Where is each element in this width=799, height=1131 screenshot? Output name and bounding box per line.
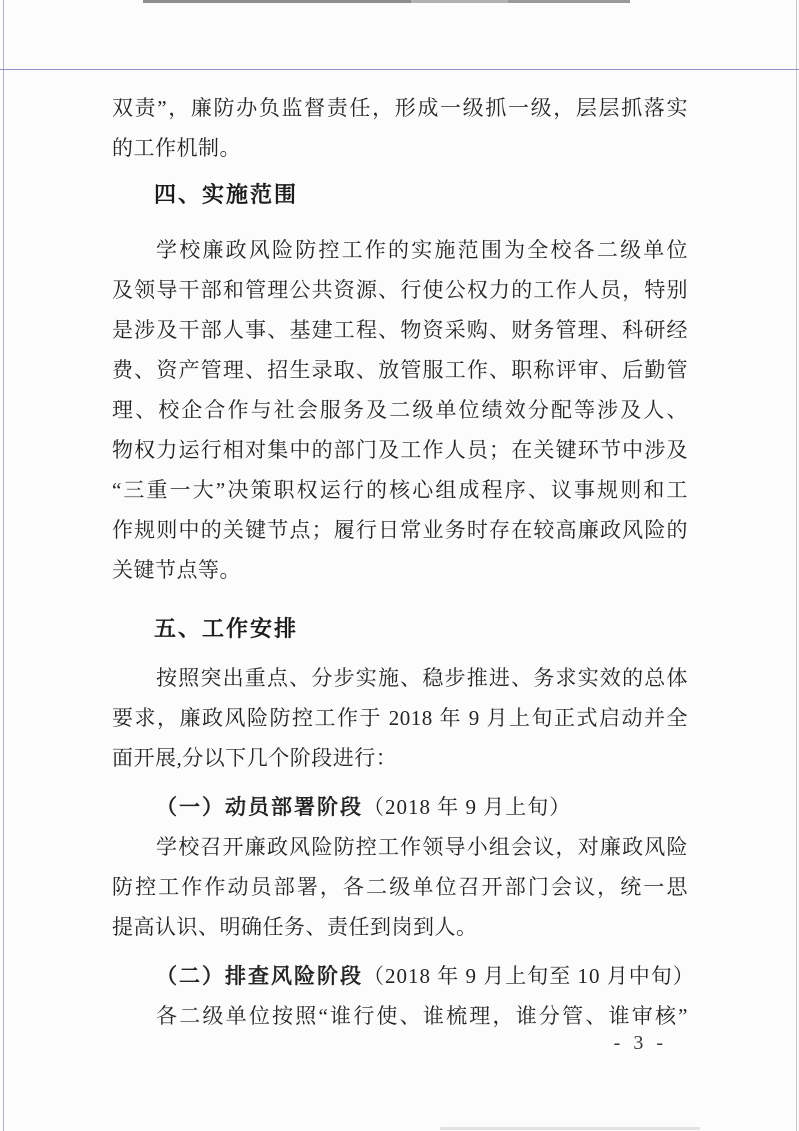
text-line: 作规则中的关键节点；履行日常业务时存在较高廉政风险的: [112, 510, 688, 550]
text-line: 理、校企合作与社会服务及二级单位绩效分配等涉及人、财、: [112, 390, 688, 430]
scan-edge-line-left: [3, 0, 4, 1131]
subsection-heading-title: （一）动员部署阶段: [156, 795, 363, 819]
section-heading: 五、工作安排: [112, 608, 688, 650]
subsection-heading-date: （2018 年 9 月上旬至 10 月中旬）: [363, 964, 695, 988]
text-line: 及领导干部和管理公共资源、行使公权力的工作人员，特别: [112, 270, 688, 310]
text-line: 提高认识、明确任务、责任到岗到人。: [112, 907, 688, 947]
scan-edge-line-right: [796, 0, 797, 1131]
scan-edge-artifact-bottom: [440, 1127, 700, 1130]
section-heading: 四、实施范围: [112, 174, 688, 216]
text-line: 关键节点等。: [112, 550, 688, 590]
subsection-heading-title: （二）排查风险阶段: [156, 964, 363, 988]
text-column: 双责”，廉防办负监督责任，形成一级抓一级，层层抓落实的工作机制。四、实施范围学校…: [112, 88, 688, 1036]
text-line: 各二级单位按照“谁行使、谁梳理，谁分管、谁审核”: [112, 996, 688, 1036]
text-line: 学校廉政风险防控工作的实施范围为全校各二级单位: [112, 230, 688, 270]
text-line: 面开展,分以下几个阶段进行：: [112, 738, 688, 778]
subsection-heading: （一）动员部署阶段（2018 年 9 月上旬）: [112, 787, 688, 827]
text-line: 学校召开廉政风险防控工作领导小组会议，对廉政风险: [112, 827, 688, 867]
text-line: 费、资产管理、招生录取、放管服工作、职称评审、后勤管: [112, 350, 688, 390]
text-line: 物权力运行相对集中的部门及工作人员；在关键环节中涉及: [112, 430, 688, 470]
text-line: 要求，廉政风险防控工作于 2018 年 9 月上旬正式启动并全: [112, 698, 688, 738]
text-line: “三重一大”决策职权运行的核心组成程序、议事规则和工: [112, 470, 688, 510]
scan-edge-artifact-top: [143, 0, 630, 3]
text-line: 双责”，廉防办负监督责任，形成一级抓一级，层层抓落实: [112, 88, 688, 128]
document-page: 双责”，廉防办负监督责任，形成一级抓一级，层层抓落实的工作机制。四、实施范围学校…: [0, 0, 799, 1131]
text-line: 按照突出重点、分步实施、稳步推进、务求实效的总体: [112, 658, 688, 698]
text-line: 的工作机制。: [112, 128, 688, 168]
subsection-heading-date: （2018 年 9 月上旬）: [363, 795, 571, 819]
text-line: 防控工作作动员部署，各二级单位召开部门会议，统一思想、: [112, 867, 688, 907]
page-number: - 3 -: [614, 1032, 667, 1055]
subsection-heading: （二）排查风险阶段（2018 年 9 月上旬至 10 月中旬）: [112, 956, 688, 996]
header-rule-line: [0, 69, 799, 70]
text-line: 是涉及干部人事、基建工程、物资采购、财务管理、科研经: [112, 310, 688, 350]
